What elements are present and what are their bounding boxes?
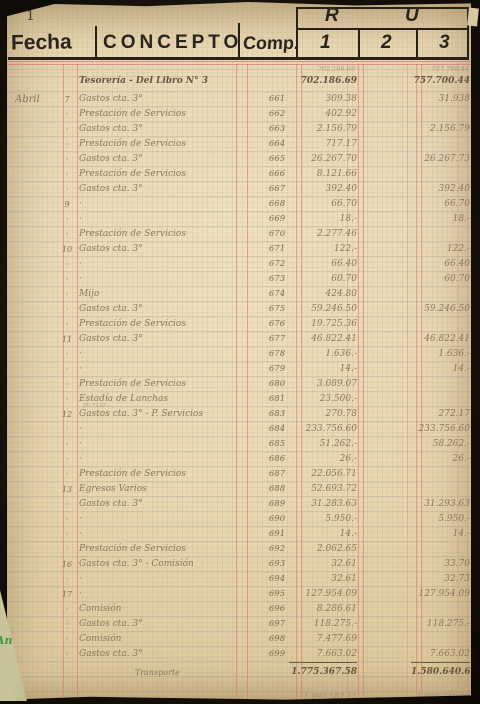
row-concepto: Comisión [79,632,249,647]
header-divider-fecha [95,26,97,57]
row-col2 [363,137,411,152]
row-col3: 66.70 [411,197,470,212]
row-col2 [363,257,411,272]
row-concepto: Prestación de Servicios [79,377,249,392]
row-col3: 33.70 [411,557,470,572]
row-col3: 5.950.- [411,512,470,527]
transporte-label: Transporte [135,665,180,680]
ru-box-top-line [296,7,469,9]
ledger-row: ·Prestación de Servicios6922.062.65 [7,542,471,557]
pencil-total-col1: 1.992.587.11 [289,689,357,704]
row-day: 7 [55,92,79,107]
header-red-line-1 [7,61,471,62]
next-page-tab [467,8,479,27]
row-col3: 31.293.63 [411,497,470,512]
row-day: · [55,392,79,407]
ledger-row: 11Gastos cta. 3°67746.822.4146.822.41 [7,332,471,347]
row-col3 [411,542,470,557]
header-col3: 3 [439,32,450,54]
row-col1: 8.286.61 [289,602,357,617]
row-col1: 46.822.41 [289,332,357,347]
row-concepto: · [79,347,249,362]
opening-col1: 702.186.69 [289,74,357,89]
header-bottom-line [8,57,469,60]
row-col3: 26.267.73 [411,152,470,167]
opening-concepto: Tesorería - Del Libro N° 3 [79,74,249,89]
row-col1: 18.- [289,212,357,227]
row-col3: 1.636.- [411,347,470,362]
row-col2 [363,347,411,362]
row-day: · [55,227,79,242]
ledger-row: 9·66866.7066.70 [7,197,471,212]
row-concepto: Gastos cta. 3° - Comisión [79,557,249,572]
row-concepto: · [79,527,249,542]
ledger-row: ··68626.-26.- [7,452,471,467]
row-day: 17 [55,587,79,602]
row-col2 [363,302,411,317]
row-col3 [411,107,470,122]
row-col3: 392.40 [411,182,470,197]
ledger-row: ··67914.-14.- [7,362,471,377]
header-divider-col3 [467,29,469,57]
row-col3 [411,377,470,392]
row-col1: 270.78 [289,407,357,422]
ledger-row: ·Gastos cta. 3°6997.663.027.663.02 [7,647,471,662]
ledger-row: ··67360.7060.70 [7,272,471,287]
row-day: · [55,542,79,557]
row-col3 [411,227,470,242]
row-col1: 52.693.72 [289,482,357,497]
row-col2 [363,572,411,587]
row-col2 [363,557,411,572]
ledger-row: ·Gastos cta. 3°667392.40392.40 [7,182,471,197]
row-col1: 66.70 [289,197,357,212]
row-col1: 122.- [289,242,357,257]
row-col1: 31.283.63 [289,497,357,512]
row-col1: 5.950.- [289,512,357,527]
row-col2 [363,392,411,407]
total-col1: 1.775.367.58 [289,665,357,680]
row-col1: 402.92 [289,107,357,122]
row-col1: 66.40 [289,257,357,272]
row-col3 [411,632,470,647]
row-col2 [363,272,411,287]
row-col3: 18.- [411,212,470,227]
opening-col3-faint: 757.700.44 [411,64,469,74]
row-concepto: Egresos Varios [79,482,249,497]
row-col1: 2.277.46 [289,227,357,242]
row-day: · [55,377,79,392]
ledger-row: ··684233.756.60233.756.60 [7,422,471,437]
row-day: · [55,362,79,377]
row-concepto: Gastos cta. 3° [79,152,249,167]
row-day: · [55,572,79,587]
row-col3: 7.663.02 [411,647,470,663]
ledger-row: 7Gastos cta. 3°661309.3831.938 [7,92,471,107]
row-concepto: Gastos cta. 3° [79,497,249,512]
totals-row: Transporte 1.775.367.58 1.580.640.63 [7,665,471,680]
opening-row: Tesorería - Del Libro N° 3 702.186.69 75… [7,74,471,89]
row-col3: 58.262.- [411,437,470,452]
row-col2 [363,287,411,302]
ledger-row: ·Estadía de Lanchas68123.500.-20.7232 – [7,392,471,407]
ledger-photo: 1 R U Fecha CONCEPTO Comp. 1 2 3 [0,0,480,704]
row-col3: 14.- [411,527,470,542]
row-concepto: Prestación de Servicios [79,227,249,242]
ledger-row: ··6905.950.-5.950.- [7,512,471,527]
row-day: · [55,497,79,512]
row-concepto: Gastos cta. 3° [79,302,249,317]
row-col2 [363,107,411,122]
header-concepto: CONCEPTO [103,32,242,54]
row-col2 [363,422,411,437]
row-col2 [363,197,411,212]
header-divider-col1 [358,29,360,57]
row-col2 [363,602,411,617]
row-concepto: Gastos cta. 3° [79,92,249,107]
row-col2 [363,362,411,377]
header-divider-col2 [416,29,418,57]
pencil-totals-row: 1.992.587.11 1.000.240.93 [7,689,471,704]
ru-box-left-line [296,7,298,29]
row-col1: 1.636.- [289,347,357,362]
row-day: · [55,272,79,287]
row-col1: 309.38 [289,92,357,107]
ledger-row: ·Prestación de Servicios662402.92 [7,107,471,122]
row-day: · [55,512,79,527]
row-day: · [55,302,79,317]
row-col3: 122.- [411,242,470,257]
row-day: · [55,212,79,227]
ledger-row: ·Gastos cta. 3°66526.267.7026.267.73 [7,152,471,167]
row-col3: 31.938 [411,92,470,107]
row-col3: 32.73 [411,572,470,587]
ledger-row: 12Gastos cta. 3° - P. Servicios683270.78… [7,407,471,422]
ledger-row: ·Comisión6987.477.69 [7,632,471,647]
row-day: · [55,182,79,197]
row-concepto: Prestación de Servicios [79,167,249,182]
row-concepto: · [79,257,249,272]
row-day: · [55,257,79,272]
row-col2 [363,647,411,662]
row-col1: 14.- [289,362,357,377]
row-day: · [55,617,79,632]
row-col1: 7.663.02 [289,647,357,663]
row-concepto: Gastos cta. 3° - P. Servicios [79,407,249,422]
ledger-row: ·Prestación de Servicios68722.056.71 [7,467,471,482]
row-col3: 59.246.50 [411,302,470,317]
row-day: · [55,527,79,542]
row-col1: 51.262.- [289,437,357,452]
row-concepto: Gastos cta. 3° [79,242,249,257]
row-day: 11 [55,332,79,347]
ledger-row: ·Prestación de Servicios67619.725.36 [7,317,471,332]
row-col1: 26.267.70 [289,152,357,167]
opening-col3: 757.700.44 [411,74,470,89]
row-col3: 2.156.79 [411,122,470,137]
ledger-row: 10Gastos cta. 3°671122.-122.- [7,242,471,257]
ru-box-mid-line [296,28,469,30]
ledger-row: ·Prestación de Servicios6668.121.66 [7,167,471,182]
row-col3: 60.70 [411,272,470,287]
row-concepto: Prestación de Servicios [79,317,249,332]
row-col1: 424.80 [289,287,357,302]
row-col2 [363,227,411,242]
header-comp: Comp. [242,33,299,54]
row-col2 [363,617,411,632]
row-col1: 3.089.07 [289,377,357,392]
row-col2 [363,437,411,452]
row-day: · [55,437,79,452]
row-day: · [55,137,79,152]
opening-col1-faint: 702.186.69 [289,64,355,74]
row-day: · [55,422,79,437]
row-col2 [363,512,411,527]
column-group-r: R [325,5,339,27]
header-col2: 2 [381,32,392,54]
row-col1: 8.121.66 [289,167,357,182]
row-col1: 59.246.50 [289,302,357,317]
row-col2 [363,527,411,542]
row-col2 [363,167,411,182]
row-day: · [55,107,79,122]
ledger-row: 13Egresos Varios68852.693.72 [7,482,471,497]
row-col1: 26.- [289,452,357,467]
row-day: · [55,647,79,662]
ledger-row: ··6781.636.-1.636.- [7,347,471,362]
row-concepto: · [79,512,249,527]
ledger-row: ·Gastos cta. 3°68931.283.6331.293.63 [7,497,471,512]
ledger-row: ··69432.6132.73 [7,572,471,587]
row-col2 [363,332,411,347]
row-concepto: Gastos cta. 3° [79,617,249,632]
row-day: · [55,452,79,467]
ledger-page: 1 R U Fecha CONCEPTO Comp. 1 2 3 [7,2,471,701]
row-col3: 272.17 [411,407,470,422]
ledger-row: ··69114.-14.- [7,527,471,542]
row-col1: 127.954.09 [289,587,357,602]
row-col3: 233.756.60 [411,422,470,437]
ledger-row: ··66918.-18.- [7,212,471,227]
row-concepto: · [79,587,249,602]
row-col3 [411,602,470,617]
row-col1: 2.062.65 [289,542,357,557]
row-concepto: Prestación de Servicios [79,137,249,152]
ledger-row: ·Prestación de Servicios664717.17 [7,137,471,152]
row-col1: 60.70 [289,272,357,287]
row-col3: 14.- [411,362,470,377]
row-col1: 7.477.69 [289,632,357,647]
row-day: · [55,317,79,332]
row-concepto: · [79,437,249,452]
row-col1: 32.61 [289,572,357,587]
row-concepto: Gastos cta. 3° [79,647,249,662]
ledger-row: 16Gastos cta. 3° - Comisión69332.6133.70 [7,557,471,572]
row-col2 [363,452,411,467]
row-concepto: Gastos cta. 3° [79,332,249,347]
row-col2 [363,212,411,227]
row-col2 [363,632,411,647]
ledger-row: ·Gastos cta. 3°697118.275.-118.275.- [7,617,471,632]
ledger-row: ·Mijo674424.80 [7,287,471,302]
row-concepto: Gastos cta. 3° [79,182,249,197]
ledger-row: ·Gastos cta. 3°6632.156.792.156.79 [7,122,471,137]
row-col3 [411,467,470,482]
row-col3 [411,317,470,332]
row-day: · [55,167,79,182]
row-col2 [363,242,411,257]
row-concepto: Prestación de Servicios [79,467,249,482]
ledger-row: ·Gastos cta. 3°67559.246.5059.246.50 [7,302,471,317]
row-col2 [363,152,411,167]
row-day: · [55,152,79,167]
row-day: · [55,632,79,647]
row-col2 [363,122,411,137]
row-col3: 26.- [411,452,470,467]
row-concepto: · [79,362,249,377]
column-group-u: U [405,5,419,27]
row-col3 [411,137,470,152]
row-concepto: Prestación de Servicios [79,542,249,557]
row-day: 9 [55,197,79,212]
row-col1: 32.61 [289,557,357,572]
row-col2 [363,497,411,512]
row-col2 [363,92,411,107]
row-col1: 717.17 [289,137,357,152]
row-col3 [411,482,470,497]
row-concepto: · [79,197,249,212]
row-day: · [55,467,79,482]
row-concepto: · [79,422,249,437]
row-col1: 2.156.79 [289,122,357,137]
ledger-row: ·Prestación de Servicios6803.089.07 [7,377,471,392]
row-col2 [363,587,411,602]
row-col2 [363,542,411,557]
row-col3 [411,392,470,407]
ledger-body: 702.186.69 757.700.44 Tesorería - Del Li… [7,64,471,701]
row-col1: 23.500.- [289,392,357,407]
row-col2 [363,377,411,392]
row-concepto: · [79,272,249,287]
header-col1: 1 [320,32,331,54]
row-col3: 118.275.- [411,617,470,632]
row-col1: 22.056.71 [289,467,357,482]
row-col3: 66.40 [411,257,470,272]
ledger-row: ··68551.262.-58.262.- [7,437,471,452]
ledger-row: ··67266.4066.40 [7,257,471,272]
row-day: 10 [55,242,79,257]
row-day: · [55,347,79,362]
row-col2 [363,317,411,332]
ledger-row: ·Prestación de Servicios6702.277.46 [7,227,471,242]
ledger-row: ·Comisión6968.286.61 [7,602,471,617]
row-col2 [363,182,411,197]
row-concepto: · [79,572,249,587]
row-col2 [363,407,411,422]
row-col1: 19.725.36 [289,317,357,332]
row-day: · [55,122,79,137]
row-concepto: Prestación de Servicios [79,107,249,122]
row-col2 [363,467,411,482]
row-concepto: Comisión [79,602,249,617]
row-col1: 392.40 [289,182,357,197]
row-col2 [363,482,411,497]
row-day: · [55,602,79,617]
row-day: 13 [55,482,79,497]
row-col1: 233.756.60 [289,422,357,437]
row-concepto: · [79,452,249,467]
row-concepto: Gastos cta. 3° [79,122,249,137]
row-col3 [411,167,470,182]
row-day: · [55,287,79,302]
row-col3: 46.822.41 [411,332,470,347]
total-col3: 1.580.640.63 [411,665,470,680]
header-fecha: Fecha [11,30,72,55]
pencil-total-col3: 1.000.240.93 [411,689,470,704]
row-day: 12 [55,407,79,422]
row-col3 [411,287,470,302]
row-concepto: Mijo [79,287,249,302]
green-margin-note: An [0,634,13,647]
ledger-row: 17·695127.954.09127.954.09 [7,587,471,602]
row-col1: 118.275.- [289,617,357,632]
row-day: 16 [55,557,79,572]
row-col1: 14.- [289,527,357,542]
row-concepto: · [79,212,249,227]
row-col3: 127.954.09 [411,587,470,602]
